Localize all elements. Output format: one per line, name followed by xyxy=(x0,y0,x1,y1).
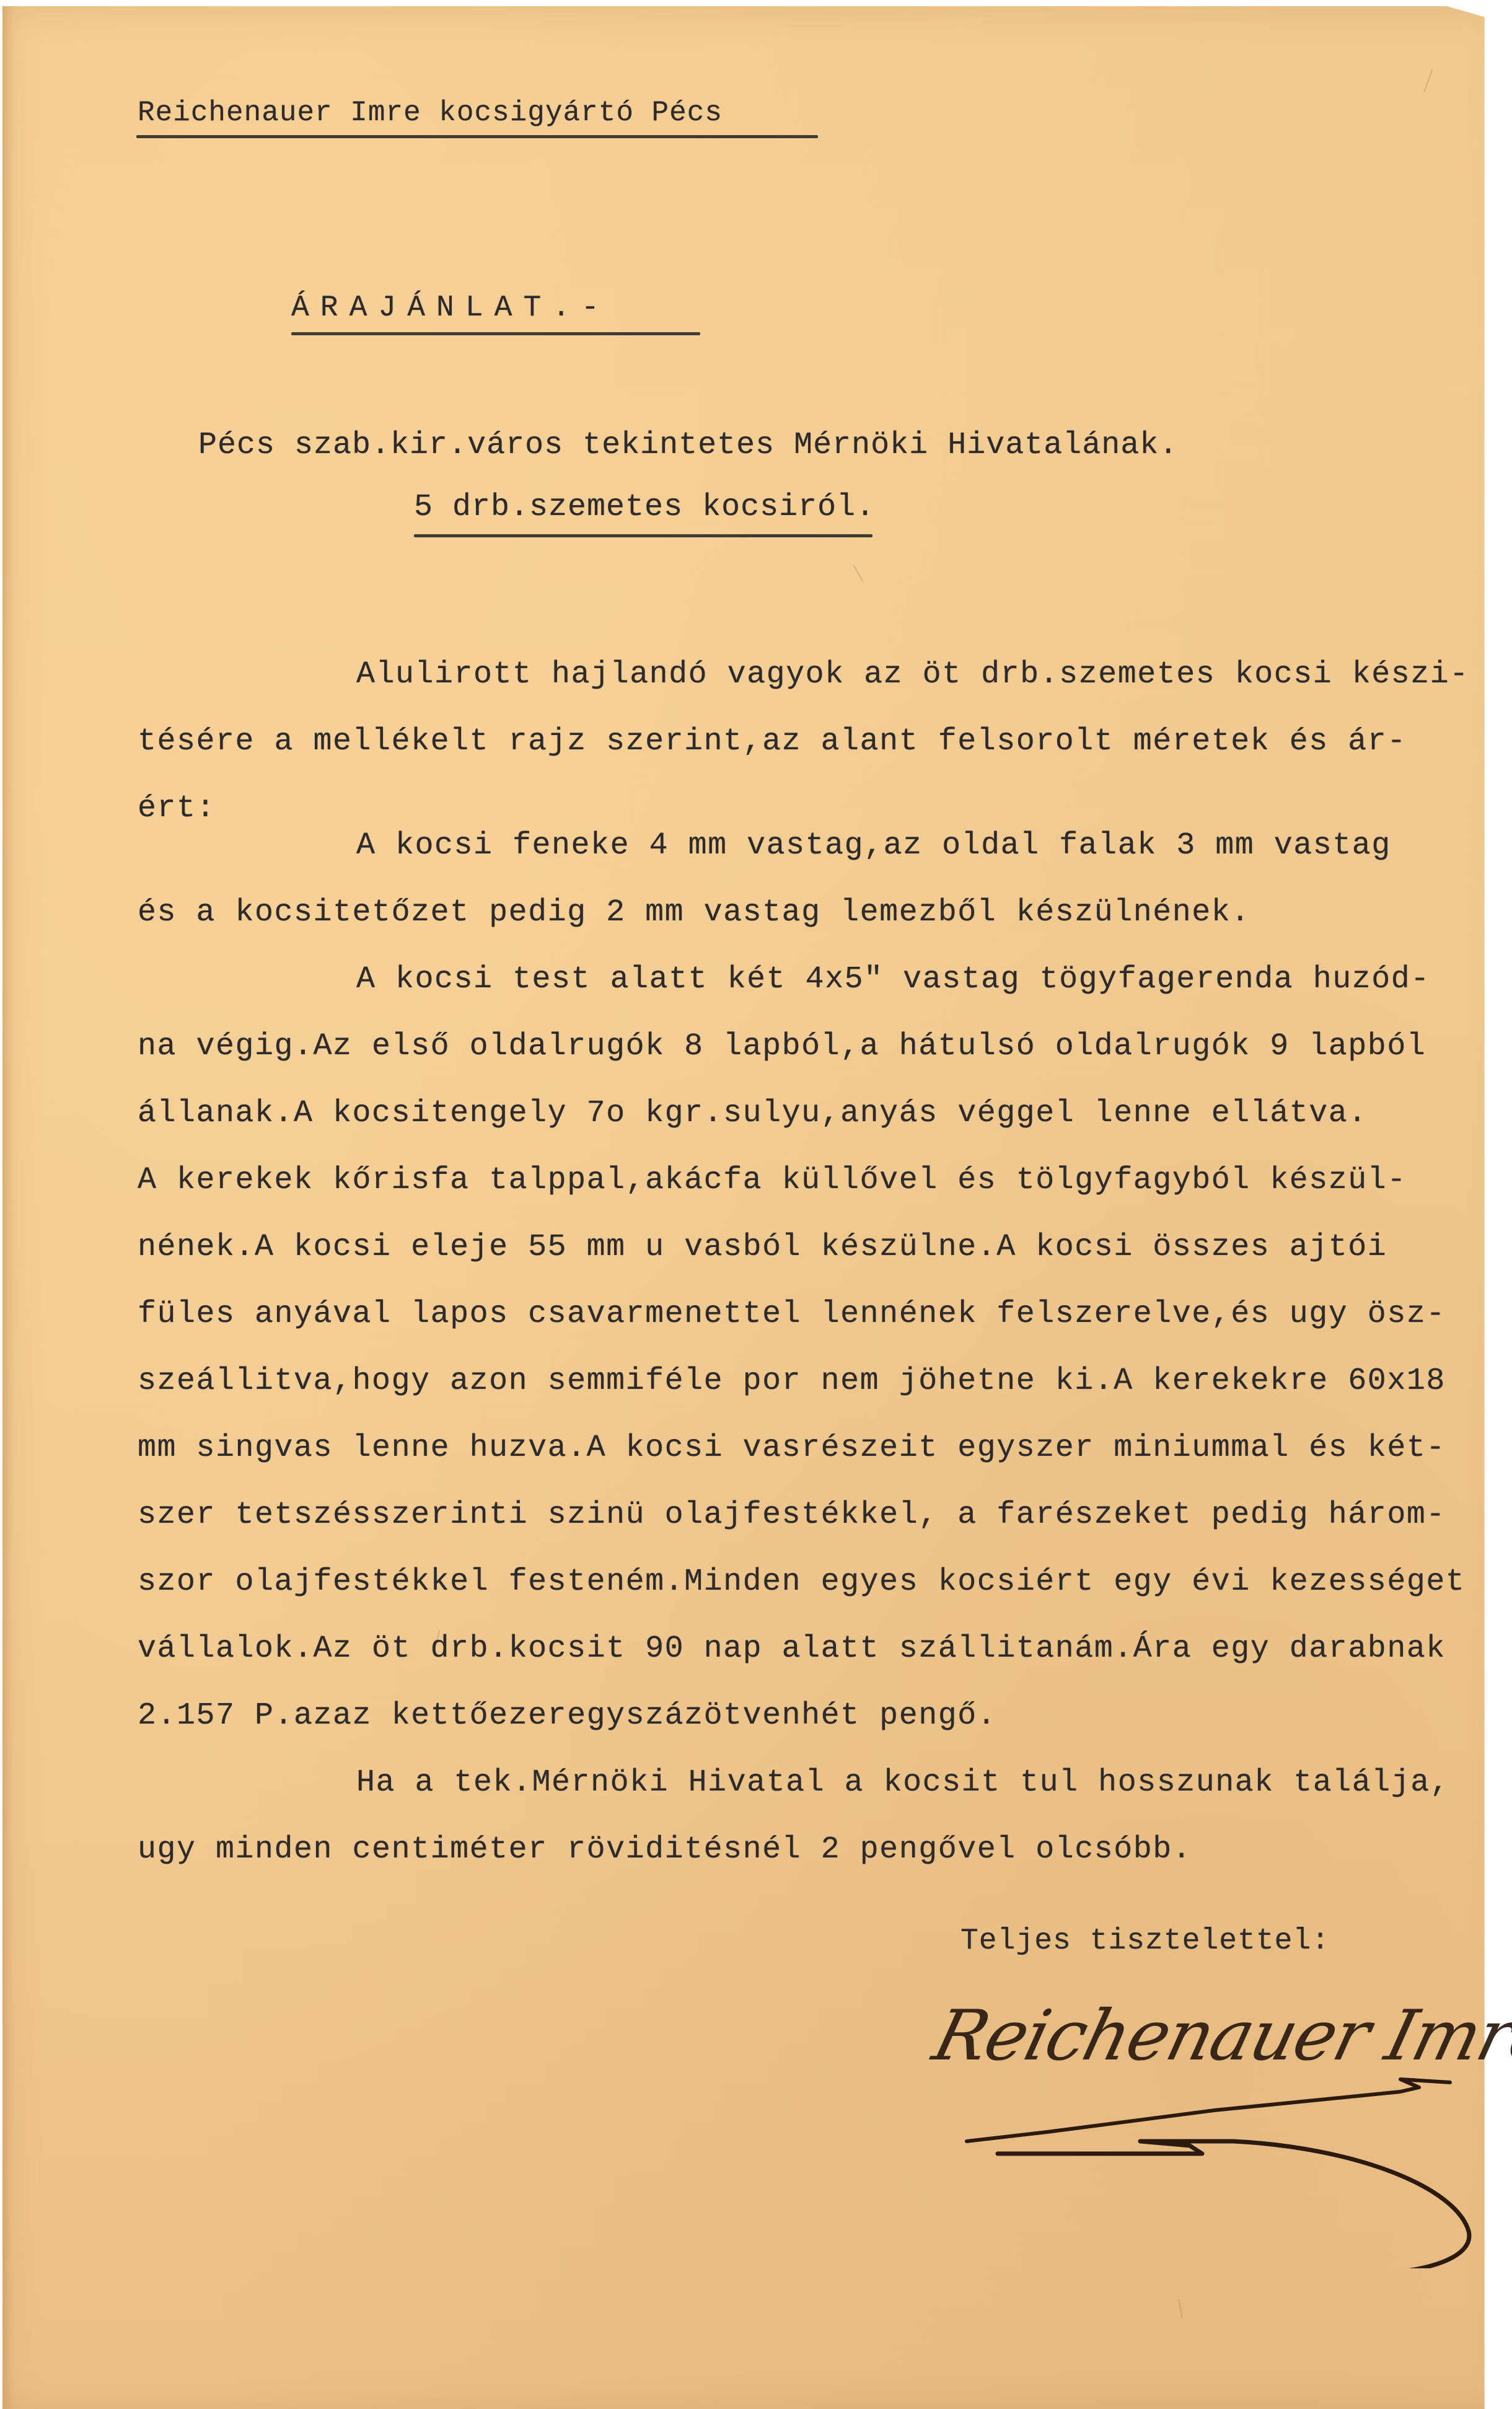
paper-fiber xyxy=(1178,2299,1182,2318)
body-line: szor olajfestékkel festeném.Minden egyes… xyxy=(138,1564,1465,1600)
body-line: vállalok.Az öt drb.kocsit 90 nap alatt s… xyxy=(138,1631,1446,1667)
title-underline xyxy=(291,332,700,335)
body-line: füles anyával lapos csavarmenettel lenné… xyxy=(138,1297,1446,1332)
body-line: ugy minden centiméter rövid­itésnél 2 pe… xyxy=(138,1832,1192,1867)
body-line: 2.157 P.azaz kettőezeregyszázötvenhét pe… xyxy=(138,1698,996,1733)
body-line: tésére a mellékelt rajz szerint,az alant… xyxy=(138,724,1407,759)
paper-fiber xyxy=(1423,69,1433,92)
paper-left-edge xyxy=(2,6,14,2409)
letterhead-underline xyxy=(136,135,818,138)
body-line: és a kocsitetőzet pedig 2 mm vastag leme… xyxy=(138,895,1250,930)
body-line: szeállitva,hogy azon semmiféle por nem j… xyxy=(138,1363,1446,1399)
body-line: A kocsi feneke 4 mm vastag,az oldal fala… xyxy=(356,828,1391,863)
closing-salutation: Teljes tisztelettel: xyxy=(960,1924,1330,1958)
subject-line: 5 drb.szemetes kocsiról. xyxy=(414,490,875,525)
body-line: na végig.Az első oldalrugók 8 lapból,a h… xyxy=(138,1029,1426,1064)
body-line: szer tetszésszerinti szinü olajfestékkel… xyxy=(138,1497,1446,1533)
handwritten-signature: Reichenauer Imre xyxy=(923,1983,1512,2268)
body-line: Alulirott hajlandó vagyok az öt drb.szem… xyxy=(356,657,1469,692)
body-line: nének.A kocsi eleje 55 mm u vasból készü… xyxy=(138,1230,1387,1265)
body-line: mm singvas lenne huzva.A kocsi vasrészei… xyxy=(138,1430,1446,1466)
subject-underline xyxy=(414,534,872,537)
addressee-line: Pécs szab.kir.város tekintetes Mérnöki H… xyxy=(198,428,1178,463)
body-line: A kerekek kőrisfa talppal,akácfa küllőve… xyxy=(138,1163,1407,1198)
signature-flourish-icon xyxy=(923,1983,1512,2268)
body-line: állanak.A kocsitengely 7o kgr.sulyu,anyá… xyxy=(138,1096,1368,1131)
paper-fiber xyxy=(853,565,864,582)
letterhead: Reichenauer Imre kocsigyártó Pécs xyxy=(138,97,723,129)
document-title: ÁRAJÁNLAT.- xyxy=(291,291,610,325)
body-line: A kocsi test alatt két 4x5" vastag tögyf… xyxy=(356,962,1430,997)
body-line: Ha a tek.Mérnöki Hivatal a kocsit tul ho… xyxy=(356,1765,1449,1800)
body-line: ért: xyxy=(138,791,216,826)
